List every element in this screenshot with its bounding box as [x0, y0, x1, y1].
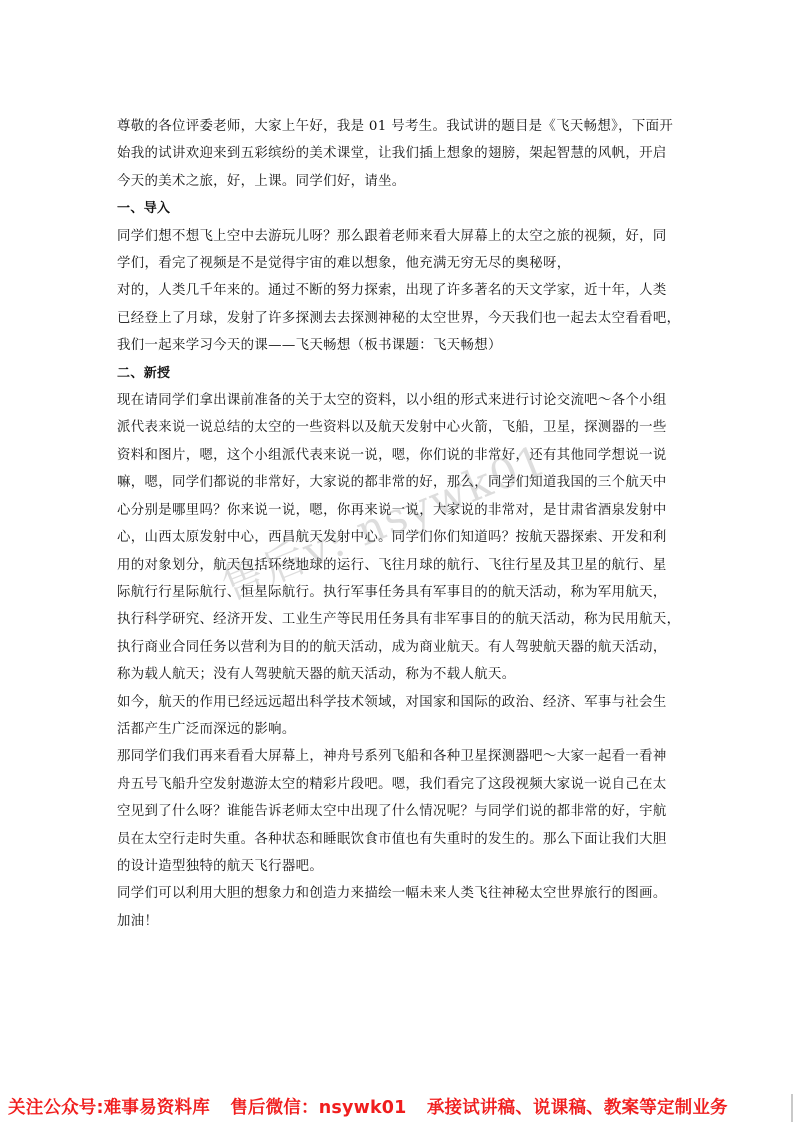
footer-services: 承接试讲稿、说课稿、教案等定制业务	[427, 1098, 728, 1118]
paragraph-line: 现在请同学们拿出课前准备的关于太空的资料，以小组的形式来进行讨论交流吧～各个小组	[117, 387, 679, 414]
paragraph-line: 今天的美术之旅，好，上课。同学们好，请坐。	[117, 168, 679, 195]
paragraph-line: 同学们可以利用大胆的想象力和创造力来描绘一幅未来人类飞往神秘太空世界旅行的图画。	[117, 880, 679, 907]
paragraph-line: 活都产生广泛而深远的影响。	[117, 716, 679, 743]
paragraph-line: 员在太空行走时失重。各种状态和睡眠饮食市值也有失重时的发生的。那么下面让我们大胆	[117, 826, 679, 853]
section-heading-intro: 一、导入	[117, 195, 679, 222]
paragraph-line: 学们，看完了视频是不是觉得宇宙的难以想象，他充满无穷无尽的奥秘呀，	[117, 250, 679, 277]
document-body: 尊敬的各位评委老师，大家上午好，我是 01 号考生。我试讲的题目是《飞天畅想》，…	[117, 113, 679, 935]
footer-account: 关注公众号:难事易资料库	[8, 1098, 210, 1118]
paragraph-line: 对的，人类几千年来的。通过不断的努力探索，出现了许多著名的天文学家，近十年，人类	[117, 277, 679, 304]
paragraph-line: 的设计造型独特的航天飞行器吧。	[117, 853, 679, 880]
paragraph-line: 舟五号飞船升空发射遨游太空的精彩片段吧。嗯，我们看完了这段视频大家说一说自己在太	[117, 771, 679, 798]
paragraph-line: 如今，航天的作用已经远远超出科学技术领域，对国家和国际的政治、经济、军事与社会生	[117, 689, 679, 716]
footer-banner: 关注公众号:难事易资料库 售后微信：nsywk01 承接试讲稿、说课稿、教案等定…	[0, 1094, 793, 1122]
paragraph-line: 心，山西太原发射中心，西昌航天发射中心。同学们你们知道吗？按航天器探索、开发和利	[117, 524, 679, 551]
paragraph-line: 已经登上了月球，发射了许多探测去去探测神秘的太空世界，今天我们也一起去太空看看吧…	[117, 305, 679, 332]
paragraph-line: 嘛，嗯，同学们都说的非常好，大家说的都非常的好，那么，同学们知道我国的三个航天中	[117, 469, 679, 496]
paragraph-line: 资料和图片，嗯，这个小组派代表来说一说，嗯，你们说的非常好，还有其他同学想说一说	[117, 442, 679, 469]
paragraph-line: 始我的试讲欢迎来到五彩缤纷的美术课堂，让我们插上想象的翅膀，架起智慧的风帆，开启	[117, 140, 679, 167]
paragraph-line: 派代表来说一说总结的太空的一些资料以及航天发射中心火箭，飞船，卫星，探测器的一些	[117, 414, 679, 441]
paragraph-line: 执行科学研究、经济开发、工业生产等民用任务具有非军事目的的航天活动，称为民用航天…	[117, 606, 679, 633]
paragraph-line: 心分别是哪里吗？你来说一说，嗯，你再来说一说，大家说的非常对，是甘肃省酒泉发射中	[117, 497, 679, 524]
paragraph-line: 空见到了什么呀？谁能告诉老师太空中出现了什么情况呢？与同学们说的都非常的好，宇航	[117, 798, 679, 825]
paragraph-line: 称为载人航天；没有人驾驶航天器的航天活动，称为不载人航天。	[117, 661, 679, 688]
paragraph-line: 际航行行星际航行、恒星际航行。执行军事任务具有军事目的的航天活动，称为军用航天，	[117, 579, 679, 606]
footer-wechat: 售后微信：nsywk01	[230, 1098, 406, 1118]
paragraph-line: 尊敬的各位评委老师，大家上午好，我是 01 号考生。我试讲的题目是《飞天畅想》，…	[117, 113, 679, 140]
paragraph-line: 那同学们我们再来看看大屏幕上，神舟号系列飞船和各种卫星探测器吧～大家一起看一看神	[117, 743, 679, 770]
paragraph-line: 执行商业合同任务以营利为目的的航天活动，成为商业航天。有人驾驶航天器的航天活动，	[117, 634, 679, 661]
section-heading-new-lesson: 二、新授	[117, 360, 679, 387]
paragraph-line: 我们一起来学习今天的课——飞天畅想（板书课题：飞天畅想）	[117, 332, 679, 359]
paragraph-line: 同学们想不想飞上空中去游玩儿呀？那么跟着老师来看大屏幕上的太空之旅的视频，好，同	[117, 223, 679, 250]
paragraph-line: 用的对象划分，航天包括环绕地球的运行、飞往月球的航行、飞往行星及其卫星的航行、星	[117, 552, 679, 579]
paragraph-line: 加油！	[117, 908, 679, 935]
